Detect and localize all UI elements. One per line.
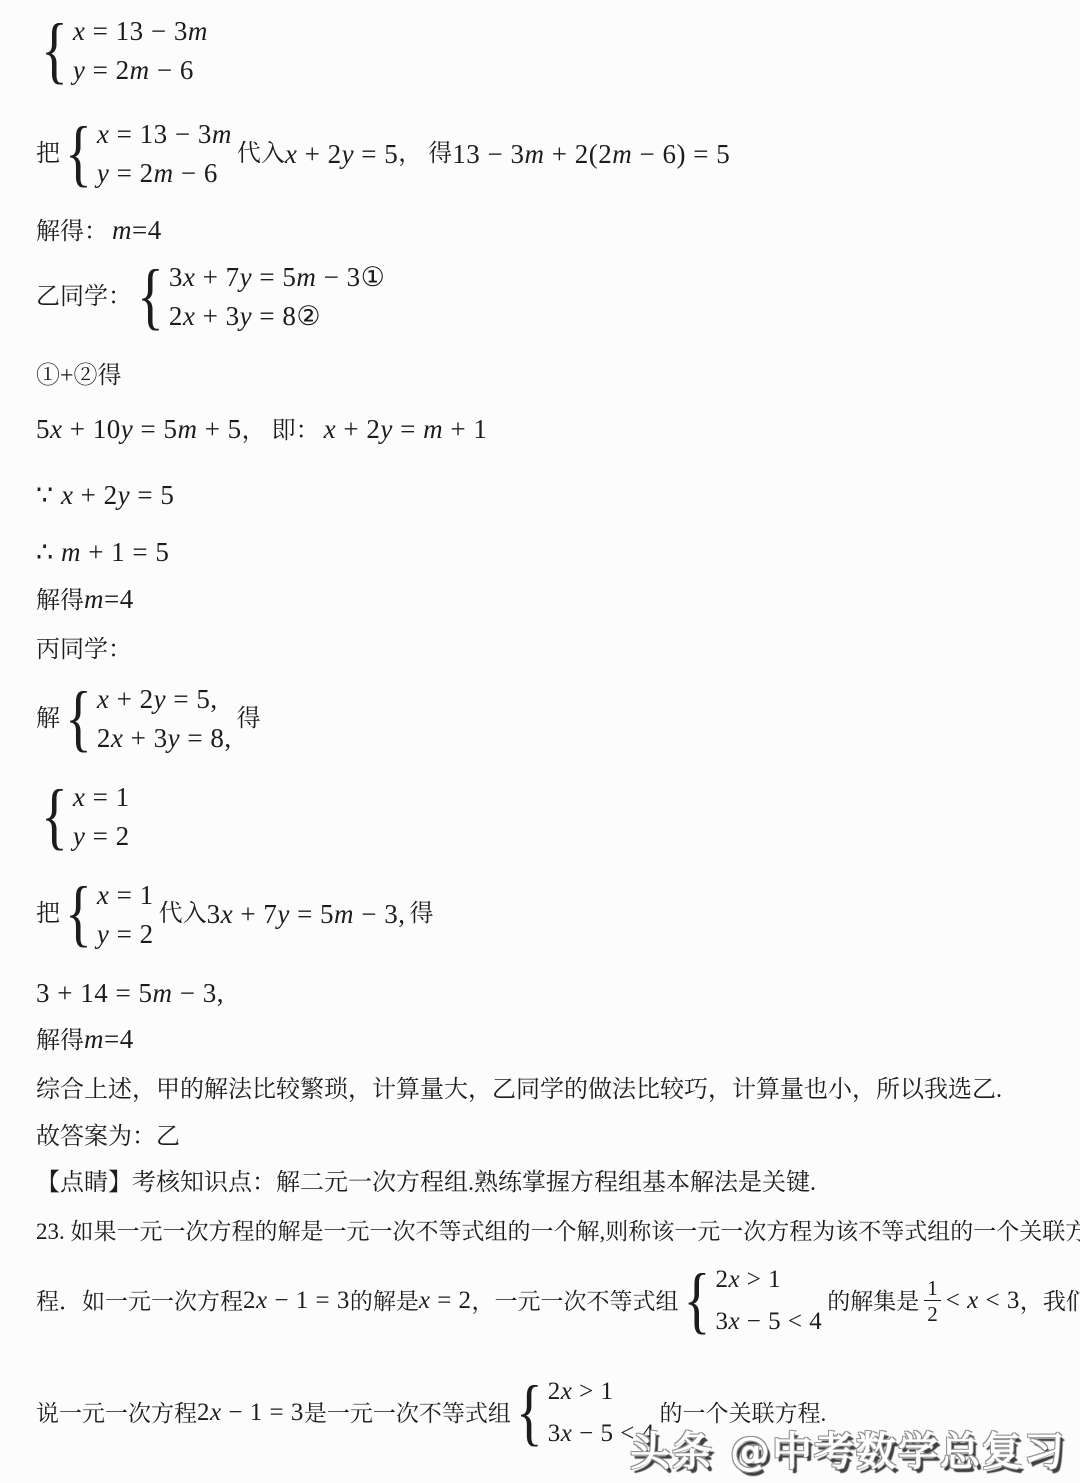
equation: < x < 3 (946, 1285, 1020, 1318)
line-arithmetic: 3 + 14 = 5m − 3, (36, 976, 1070, 1011)
system-row: x = 13 − 3m (73, 12, 208, 51)
line-solve-system: 解 { x + 2y = 5, 2x + 3y = 8, 得 (36, 680, 1070, 758)
system-row: x + 2y = 5, (97, 680, 232, 719)
equation-system: { x = 1 y = 2 (65, 876, 154, 954)
line-substitute-step: 把 { x = 13 − 3m y = 2m − 6 代入 x + 2y = 5… (36, 115, 1070, 193)
system-rows: x = 1 y = 2 (73, 778, 130, 856)
equation: m=4 (84, 1022, 134, 1057)
text-run: 综合上述，甲的解法比较繁琐，计算量大，乙同学的做法比较巧，计算量也小，所以我选乙… (36, 1074, 1002, 1106)
system-row: y = 2 (97, 915, 154, 954)
equation: ∴ m + 1 = 5 (36, 535, 169, 570)
document-page: { x = 13 − 3m y = 2m − 6 把 { x = 13 − 3m… (0, 0, 1080, 1483)
line-because: ∵ x + 2y = 5 (36, 478, 1070, 513)
equation: m=4 (112, 213, 162, 248)
left-brace: { (65, 872, 92, 957)
equation: 3 + 14 = 5m − 3, (36, 976, 224, 1011)
system-rows: x = 13 − 3m y = 2m − 6 (73, 12, 208, 90)
text-run: ， 得 (398, 138, 452, 170)
system-row: x = 1 (73, 778, 130, 817)
text-run: 把 (36, 898, 60, 930)
system-rows: 3x + 7y = 5m − 3① 2x + 3y = 8② (169, 258, 385, 336)
line-final-answer: 故答案为：乙 (36, 1121, 1070, 1153)
system-row: 2x > 1 (715, 1259, 822, 1302)
line-solve-result-2: 解得 m=4 (36, 582, 1070, 617)
watermark-text: 头条 @中考数学总复习 (630, 1420, 1066, 1477)
left-brace: { (137, 255, 164, 340)
fraction-denominator: 2 (924, 1300, 941, 1326)
text-run: 得 (410, 898, 434, 930)
system-rows: x = 13 − 3m y = 2m − 6 (97, 115, 232, 193)
equation-system: { x = 1 y = 2 (41, 778, 130, 856)
text-run: 解得 (36, 585, 84, 617)
line-substitute-solution: 把 { x = 1 y = 2 代入 3x + 7y = 5m − 3, 得 (36, 876, 1070, 954)
equation-system: { 3x + 7y = 5m − 3① 2x + 3y = 8② (137, 258, 385, 336)
left-brace: { (516, 1371, 543, 1456)
equation: x = 2 (419, 1285, 472, 1318)
equation: 3x + 7y = 5m − 3, (207, 897, 406, 932)
equation: x + 2y = 5 (285, 137, 398, 172)
text-run: ，一元一次不等式组 (472, 1286, 679, 1317)
system-row: 2x + 3y = 8, (97, 719, 232, 758)
equation-system: { x = 13 − 3m y = 2m − 6 (65, 115, 232, 193)
system-row: x = 13 − 3m (97, 115, 232, 154)
line-substitution-system: { x = 13 − 3m y = 2m − 6 (36, 12, 1070, 90)
equation: 13 − 3m + 2(2m − 6) = 5 (452, 137, 730, 172)
line-solution-system: { x = 1 y = 2 (36, 778, 1070, 856)
system-row: 3x + 7y = 5m − 3① (169, 258, 385, 297)
text-run: 代入 (159, 898, 207, 930)
equation: x + 2y = m + 1 (324, 412, 488, 447)
system-row: 2x > 1 (548, 1371, 655, 1414)
text-run: ①+②得 (36, 360, 122, 392)
text-run: 是一元一次不等式组 (304, 1398, 511, 1429)
line-solve-result-1: 解得： m=4 (36, 213, 1070, 248)
equation: ∵ x + 2y = 5 (36, 478, 174, 513)
line-student-b-system: 乙同学： { 3x + 7y = 5m − 3① 2x + 3y = 8② (36, 258, 1070, 336)
left-brace: { (684, 1259, 711, 1344)
text-run: 23. 如果一元一次方程的解是一元一次不等式组的一个解,则称该一元一次方程为该不… (36, 1216, 1080, 1247)
system-rows: x + 2y = 5, 2x + 3y = 8, (97, 680, 232, 758)
text-run: 解得 (36, 1025, 84, 1057)
fraction-one-half: 1 2 (924, 1276, 941, 1326)
text-run: 得 (237, 703, 261, 735)
text-run: 解得： (36, 216, 108, 248)
line-conclusion: 综合上述，甲的解法比较繁琐，计算量大，乙同学的做法比较巧，计算量也小，所以我选乙… (36, 1074, 1070, 1106)
equation: 2x − 1 = 3 (197, 1397, 304, 1430)
line-key-point-note: 【点睛】考核知识点：解二元一次方程组.熟练掌握方程组基本解法是关键. (36, 1167, 1070, 1199)
text-run: 故答案为：乙 (36, 1121, 180, 1153)
line-solve-result-3: 解得 m=4 (36, 1022, 1070, 1057)
line-combined-equation: 5x + 10y = 5m + 5 ， 即： x + 2y = m + 1 (36, 412, 1070, 447)
line-problem-23-intro: 23. 如果一元一次方程的解是一元一次不等式组的一个解,则称该一元一次方程为该不… (36, 1216, 1070, 1247)
left-brace: { (41, 9, 68, 94)
text-run: 【点睛】考核知识点：解二元一次方程组.熟练掌握方程组基本解法是关键. (36, 1167, 816, 1199)
system-rows: 2x > 1 3x − 5 < 4 (715, 1259, 822, 1344)
line-student-c-label: 丙同学： (36, 634, 1070, 666)
inequality-system: { 2x > 1 3x − 5 < 4 (684, 1259, 823, 1344)
equation: 5x + 10y = 5m + 5 (36, 412, 242, 447)
system-row: x = 1 (97, 876, 154, 915)
text-run: 说一元一次方程 (36, 1398, 197, 1429)
text-run: 乙同学： (36, 281, 132, 313)
system-row: y = 2m − 6 (73, 51, 208, 90)
left-brace: { (65, 112, 92, 197)
system-rows: x = 1 y = 2 (97, 876, 154, 954)
left-brace: { (65, 677, 92, 762)
system-row: 3x − 5 < 4 (715, 1301, 822, 1344)
text-run: ， 即： (242, 415, 320, 447)
system-row: y = 2m − 6 (97, 154, 232, 193)
line-add-equations: ①+②得 (36, 360, 1070, 392)
equation-system: { x = 13 − 3m y = 2m − 6 (41, 12, 208, 90)
equation: 2x − 1 = 3 (243, 1285, 350, 1318)
text-run: ，我们就 (1020, 1286, 1080, 1317)
text-run: 的解是 (350, 1286, 419, 1317)
text-run: 程．如一元一次方程 (36, 1286, 243, 1317)
text-run: 解 (36, 703, 60, 735)
text-run: 代入 (237, 138, 285, 170)
text-run: 把 (36, 138, 60, 170)
text-run: 丙同学： (36, 634, 132, 666)
left-brace: { (41, 775, 68, 860)
system-row: 2x + 3y = 8② (169, 297, 385, 336)
line-therefore: ∴ m + 1 = 5 (36, 535, 1070, 570)
equation: m=4 (84, 582, 134, 617)
line-problem-23-example: 程．如一元一次方程 2x − 1 = 3 的解是 x = 2 ，一元一次不等式组… (36, 1259, 1070, 1344)
system-row: y = 2 (73, 817, 130, 856)
equation-system: { x + 2y = 5, 2x + 3y = 8, (65, 680, 232, 758)
text-run: 的解集是 (827, 1286, 919, 1317)
fraction-numerator: 1 (924, 1276, 941, 1300)
